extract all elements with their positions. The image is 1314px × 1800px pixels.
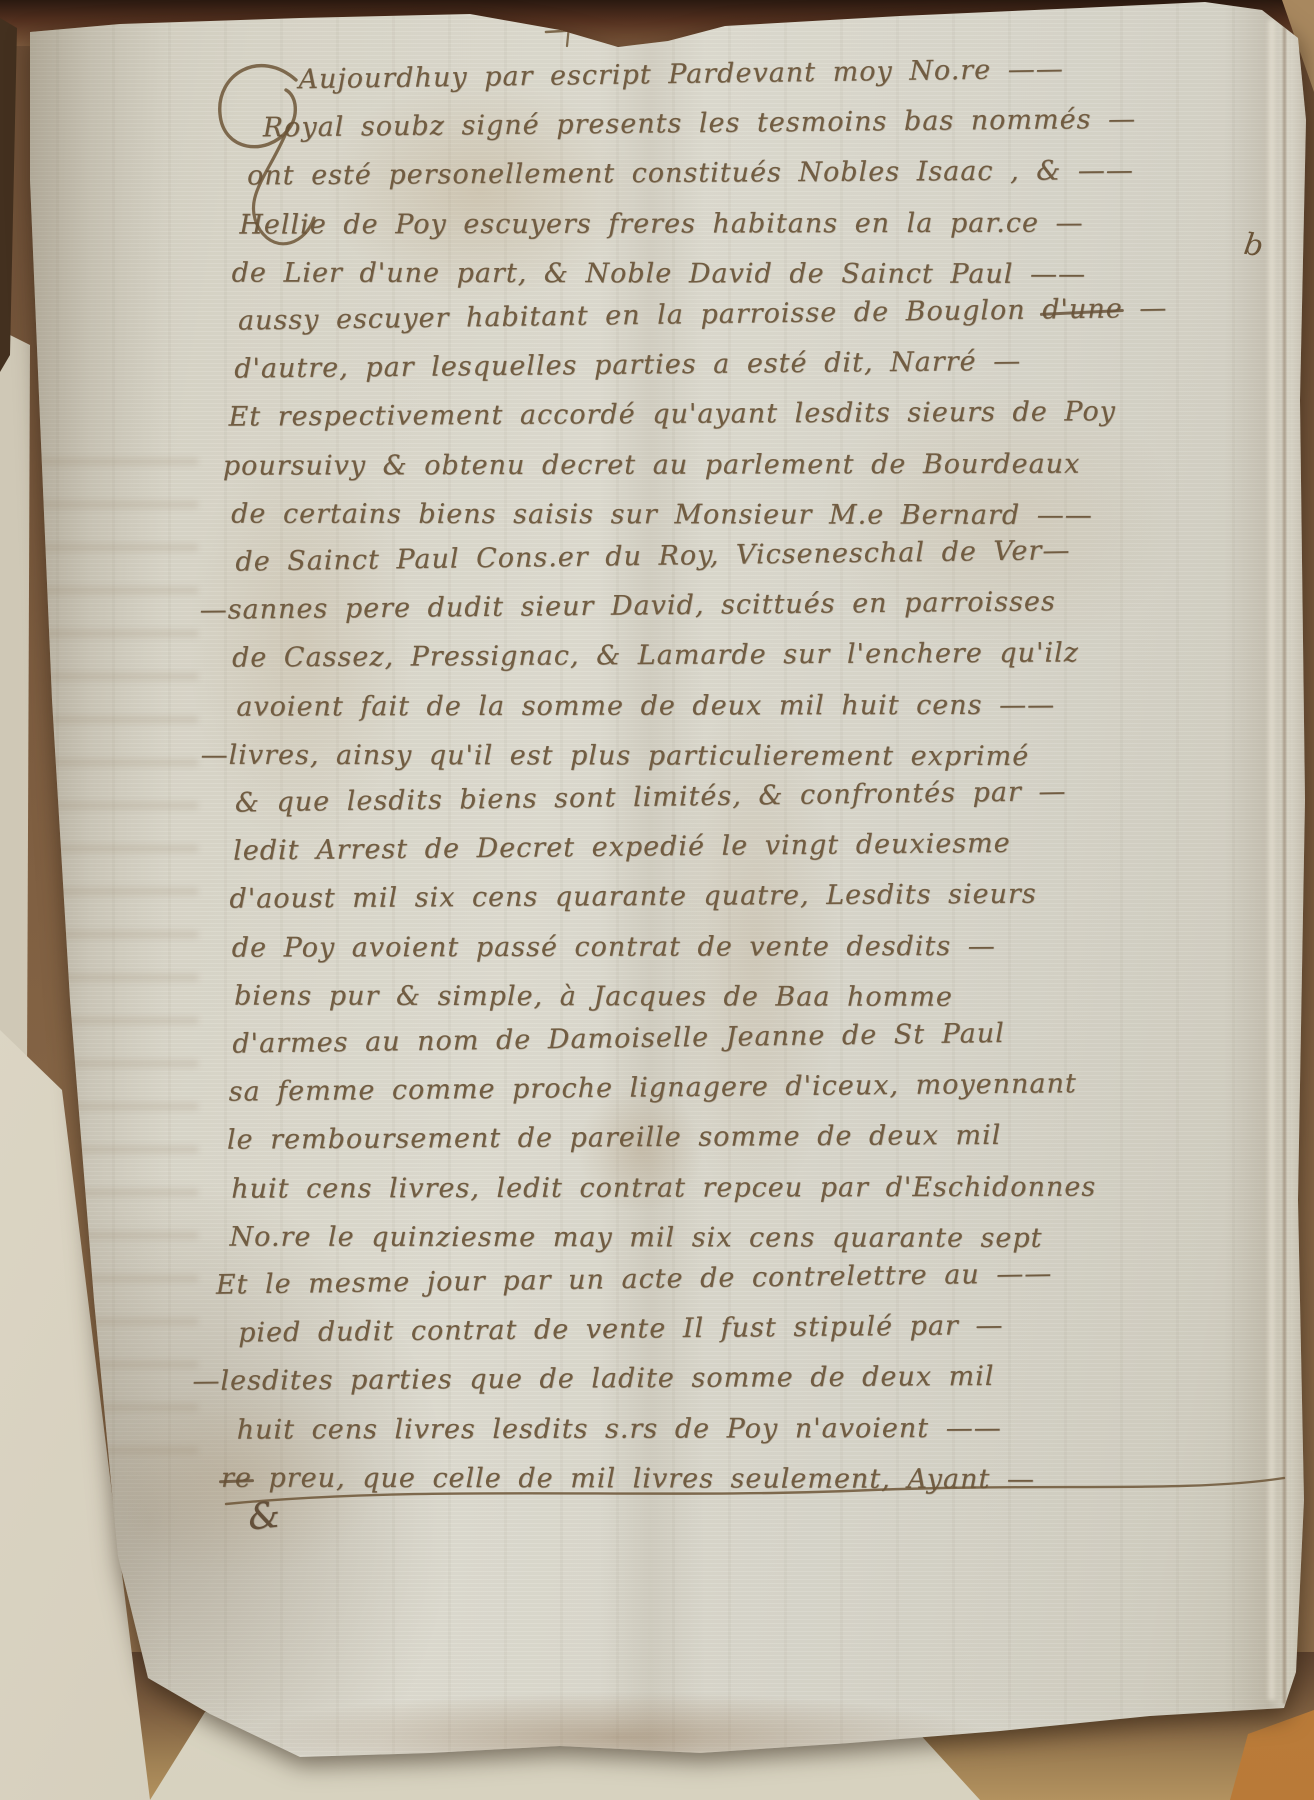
manuscript-line: Hellie de Poy escuyers freres habitans e… <box>239 208 1083 241</box>
paper-sheet-wrap: Aujourdhuy par escript Pardevant moy No.… <box>0 0 1314 1800</box>
paper-sheet: Aujourdhuy par escript Pardevant moy No.… <box>0 0 1314 1800</box>
manuscript-line: —livres, ainsy qu'il est plus particulie… <box>201 740 1030 772</box>
text-block: Aujourdhuy par escript Pardevant moy No.… <box>0 0 1314 1800</box>
manuscript-line: d'aoust mil six cens quarante quatre, Le… <box>229 879 1036 915</box>
manuscript-line: huit cens livres lesdits s.rs de Poy n'a… <box>237 1413 1002 1446</box>
manuscript-line: Et le mesme jour par un acte de contrele… <box>216 1258 1053 1301</box>
manuscript-line: & que lesdits biens sont limités, & conf… <box>235 776 1067 818</box>
manuscript-line: huit cens livres, ledit contrat repceu p… <box>231 1172 1096 1205</box>
manuscript-line: d'autre, par lesquelles parties a esté d… <box>234 346 1021 385</box>
manuscript-line: avoient fait de la somme de deux mil hui… <box>236 690 1055 723</box>
closing-rule-flourish <box>222 1470 1292 1516</box>
manuscript-line: No.re le quinziesme may mil six cens qua… <box>230 1222 1043 1254</box>
manuscript-line: pied dudit contrat de vente Il fust stip… <box>238 1310 1004 1349</box>
manuscript-line: de Lier d'une part, & Noble David de Sai… <box>232 258 1086 290</box>
manuscript-line: de Sainct Paul Cons.er du Roy, Vicsenesc… <box>235 535 1070 578</box>
manuscript-photo: Aujourdhuy par escript Pardevant moy No.… <box>0 0 1314 1800</box>
manuscript-line: poursuivy & obtenu decret au parlement d… <box>223 449 1081 482</box>
manuscript-line: aussy escuyer habitant en la parroisse d… <box>238 293 1168 337</box>
manuscript-line: ledit Arrest de Decret expedié le vingt … <box>233 828 1011 867</box>
struck-word: d'une <box>1042 293 1123 325</box>
manuscript-line: Aujourdhuy par escript Pardevant moy No.… <box>298 54 1064 96</box>
catchword: & <box>246 1494 282 1538</box>
manuscript-line: de certains biens saisis sur Monsieur M.… <box>231 499 1093 531</box>
manuscript-line: de Poy avoient passé contrat de vente de… <box>232 931 996 964</box>
manuscript-line: Royal soubz signé presents les tesmoins … <box>263 104 1137 144</box>
manuscript-line: —lesdites parties que de ladite somme de… <box>192 1361 994 1397</box>
manuscript-line: —sannes pere dudit sieur David, scittués… <box>200 586 1056 626</box>
manuscript-line: le remboursement de pareille somme de de… <box>227 1120 1002 1156</box>
manuscript-line: biens pur & simple, à Jacques de Baa hom… <box>234 981 953 1013</box>
manuscript-line: d'armes au nom de Damoiselle Jeanne de S… <box>232 1018 1005 1060</box>
manuscript-line: Et respectivement accordé qu'ayant lesdi… <box>228 396 1116 432</box>
manuscript-line: sa femme comme proche lignagere d'iceux,… <box>229 1068 1077 1107</box>
manuscript-line: de Cassez, Pressignac, & Lamarde sur l'e… <box>232 637 1079 673</box>
manuscript-line: ont esté personellement constitués Noble… <box>247 155 1134 191</box>
